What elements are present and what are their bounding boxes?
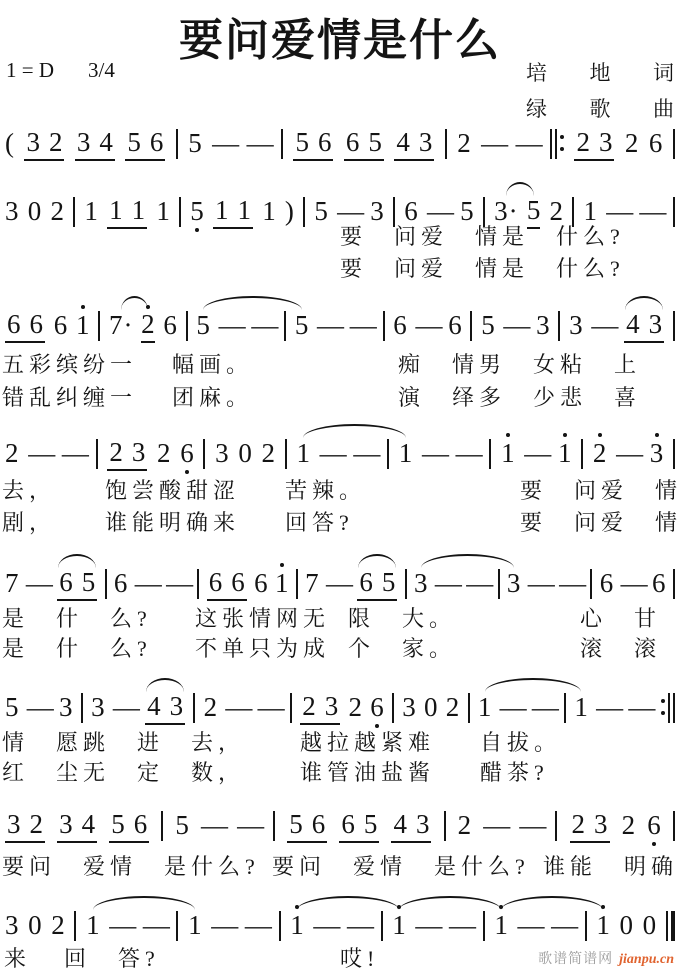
note-digit: 2 <box>262 437 276 469</box>
digit-row: 23 <box>570 809 610 841</box>
final-barline <box>666 909 675 941</box>
digit-row: 11 <box>213 195 253 227</box>
credits: 培地词绿歌曲 <box>526 54 674 126</box>
digit-row: 6 <box>54 309 68 341</box>
digit-row: 56 <box>125 127 165 159</box>
note-group: 32 <box>24 118 64 169</box>
beam-group: 43 <box>394 126 434 161</box>
note-digit: 5 <box>111 808 125 840</box>
barline <box>483 911 485 941</box>
note: 5 <box>481 300 495 351</box>
note-digit: 2 <box>109 436 123 468</box>
digit-row <box>673 437 675 469</box>
beam-group: 43 <box>145 690 185 725</box>
digit-row: 3 <box>5 195 19 227</box>
note: 2 <box>622 800 636 851</box>
paren: ( <box>5 118 14 169</box>
beam-group: 56 <box>293 126 333 161</box>
beam-group: 65 <box>339 808 379 843</box>
note-digit: 3 <box>419 126 433 158</box>
note-group: 23 <box>574 118 614 169</box>
digit-row <box>585 909 587 941</box>
barline <box>73 186 75 237</box>
lyric-segment: 回 答? <box>64 942 160 973</box>
note-digit: 2 <box>593 437 607 469</box>
digit-row: 2 <box>593 437 607 469</box>
barline <box>197 569 199 599</box>
digit-row: 1 <box>558 437 572 469</box>
digit-row: 66 <box>207 567 247 599</box>
digit-row <box>483 909 485 941</box>
note-digit: 1 <box>574 691 588 723</box>
barline <box>673 118 675 169</box>
digit-row <box>296 567 298 599</box>
beam-group: 11 <box>213 194 253 229</box>
note-digit: 3 <box>650 437 664 469</box>
barline <box>73 197 75 227</box>
digit-row: 1 <box>296 437 310 469</box>
digit-row: 5 <box>190 195 204 227</box>
note-digit: 3 <box>402 691 416 723</box>
note-digit: 3 <box>77 126 91 158</box>
barline <box>489 428 491 479</box>
barline <box>383 311 385 341</box>
dash-glyph: — <box>415 909 439 941</box>
lyric-segment: 是 什 么? <box>2 602 152 633</box>
digit-row <box>96 437 98 469</box>
slur-arc <box>506 182 534 196</box>
digit-row: 3 <box>5 909 19 941</box>
barline <box>381 911 383 941</box>
lyric-segment: 团麻。 <box>172 381 253 412</box>
digit-row <box>284 309 286 341</box>
key-signature: 1 = D3/4 <box>6 58 115 83</box>
dash-continuation: — <box>415 300 439 351</box>
dots-below <box>195 227 199 237</box>
credit-text: 地 <box>590 57 611 87</box>
note-digit: 1 <box>275 567 289 599</box>
digit-row <box>444 809 446 841</box>
beam-group: 34 <box>57 808 97 843</box>
note-digit: 4 <box>99 126 113 158</box>
note-group: 32 <box>5 800 45 851</box>
dash-continuation: — <box>483 800 507 851</box>
lyric-segment: 限 大。 <box>348 602 456 633</box>
note: 6 <box>647 800 661 851</box>
note-digit: 3 <box>59 691 73 723</box>
dash-glyph: — <box>500 691 524 723</box>
digit-row: 2 <box>141 309 155 341</box>
note-digit: 0 <box>238 437 252 469</box>
lyric-segment: 越拉越紧难 <box>300 726 435 757</box>
note: 2 <box>50 186 64 237</box>
note: 3 <box>215 428 229 479</box>
beam-group: 65 <box>57 566 97 601</box>
digit-row: — <box>26 567 50 599</box>
digit-row <box>303 195 305 227</box>
repeat-end-sign <box>661 691 675 723</box>
digit-row: 2 <box>51 909 65 941</box>
barline <box>470 300 472 351</box>
lyric-segment: 要 问爱 情 <box>520 474 680 505</box>
note-digit: 3 <box>59 808 73 840</box>
digit-row <box>281 127 283 159</box>
note-digit: 1 <box>237 194 251 226</box>
note-digit: 2 <box>457 127 471 159</box>
barline <box>558 300 560 351</box>
digit-row <box>405 567 407 599</box>
beam-group: 56 <box>287 808 327 843</box>
meter-label: 3/4 <box>88 58 115 82</box>
barline <box>161 800 163 851</box>
digit-row: — <box>559 567 583 599</box>
dash-continuation: — <box>519 800 543 851</box>
digit-row: — <box>466 567 490 599</box>
note-digit: 3 <box>416 808 430 840</box>
beam-group: 65 <box>344 126 384 161</box>
note-digit: 3 <box>170 690 184 722</box>
lyric-segment: 要问 爱情 是什么? <box>2 850 260 881</box>
lyric-segment: 红 尘无 定 数， <box>2 756 245 787</box>
digit-row: 7 <box>305 567 319 599</box>
dots-above <box>563 428 567 437</box>
note-group: 56 <box>293 118 333 169</box>
note: 6 <box>649 118 663 169</box>
note-group: 65 <box>339 800 379 851</box>
dash-continuation: — <box>422 428 446 479</box>
note-digit: 6 <box>7 308 21 340</box>
digit-row <box>176 909 178 941</box>
note-digit: 1 <box>132 194 146 226</box>
note-group: 56 <box>109 800 149 851</box>
dash-continuation: — <box>616 428 640 479</box>
digit-row: — <box>211 909 235 941</box>
dash-glyph: — <box>26 567 50 599</box>
note-digit: 1 <box>494 909 508 941</box>
beam-group: 32 <box>5 808 45 843</box>
digit-row: 32 <box>5 809 45 841</box>
beam-group: 23 <box>574 126 614 161</box>
digit-row: — <box>353 437 377 469</box>
digit-row: 1 <box>156 195 170 227</box>
digit-row: — <box>528 567 552 599</box>
lyric-segment: 谁能 明确 <box>543 850 678 881</box>
dash-glyph: — <box>456 437 480 469</box>
note-digit: 5 <box>127 126 141 158</box>
lyric-segment: 哎! <box>340 942 379 973</box>
digit-row: 5 <box>5 691 19 723</box>
note-digit: 1 <box>156 195 170 227</box>
note: 1 <box>558 428 572 479</box>
digit-row <box>161 809 163 841</box>
digit-row: 6 <box>114 567 128 599</box>
note-group: 66 <box>5 300 45 351</box>
octave-dot <box>195 228 199 232</box>
digit-row <box>666 909 675 941</box>
note: 2 <box>157 428 171 479</box>
dash-glyph: — <box>559 567 583 599</box>
dash-glyph: — <box>621 567 645 599</box>
lyric-segment: 要 问爱 情 <box>520 506 680 537</box>
note: 0 <box>643 900 657 951</box>
barline <box>96 428 98 479</box>
note: 0 <box>238 428 252 479</box>
digit-row <box>661 691 675 723</box>
dash-glyph: — <box>143 909 167 941</box>
beam-group: 66 <box>5 308 45 343</box>
digit-row: — <box>596 691 620 723</box>
dots-above <box>280 558 284 567</box>
key-label: 1 = D <box>6 58 54 82</box>
digit-row: 23 <box>574 127 614 159</box>
dots-above <box>506 428 510 437</box>
barline <box>581 439 583 469</box>
dash-continuation: — <box>503 300 527 351</box>
digit-row: — <box>347 909 371 941</box>
note-digit: 1 <box>215 194 229 226</box>
digit-row: 43 <box>394 127 434 159</box>
slur-arc <box>358 554 396 568</box>
digit-row: 6 <box>180 437 194 469</box>
barline <box>279 911 281 941</box>
digit-row <box>186 309 188 341</box>
note-digit: 6 <box>59 566 73 598</box>
digit-row <box>98 309 100 341</box>
lyric-segment: 要 问爱 情是 什么? <box>340 220 625 251</box>
dash-glyph: — <box>639 195 663 227</box>
dash-glyph: — <box>481 127 505 159</box>
credit-line: 培地词 <box>526 54 674 90</box>
digit-row <box>498 567 500 599</box>
dash-continuation: — <box>516 118 540 169</box>
note-digit: 5 <box>175 809 189 841</box>
slur-arc <box>58 554 96 568</box>
note-digit: 5 <box>190 195 204 227</box>
note-digit: 6 <box>346 126 360 158</box>
barline <box>273 811 275 841</box>
note: 5 <box>314 186 328 237</box>
digit-row: 3 <box>650 437 664 469</box>
note-digit: 2 <box>625 127 639 159</box>
digit-row <box>279 909 281 941</box>
digit-row: — <box>258 691 282 723</box>
note-digit: 4 <box>82 808 96 840</box>
beam-group: 23 <box>107 436 147 471</box>
dash-glyph: — <box>201 809 225 841</box>
note-digit: 6 <box>393 309 407 341</box>
note-digit: 3 <box>5 909 19 941</box>
slur-arc <box>203 296 302 310</box>
digit-row <box>673 567 675 599</box>
barline <box>564 693 566 723</box>
beam-group: 43 <box>624 308 664 343</box>
digit-row <box>197 567 199 599</box>
digit-row <box>673 195 675 227</box>
note-digit: 3 <box>215 437 229 469</box>
digit-row: — <box>532 691 556 723</box>
slur-arc <box>297 896 399 910</box>
note-digit: 0 <box>424 691 438 723</box>
note-digit: 6 <box>652 567 666 599</box>
note-digit: 0 <box>620 909 634 941</box>
barline <box>81 693 83 723</box>
digit-row <box>590 567 592 599</box>
digit-row <box>383 309 385 341</box>
note-digit: 2 <box>572 808 586 840</box>
digit-row <box>105 567 107 599</box>
digit-row: — <box>628 691 652 723</box>
barline <box>668 693 670 723</box>
digit-row: 56 <box>293 127 333 159</box>
note-digit: 2 <box>141 308 155 343</box>
dash-continuation: — <box>62 428 86 479</box>
beam-group: 56 <box>109 808 149 843</box>
note-digit: 6 <box>114 567 128 599</box>
note-digit: 3 <box>507 567 521 599</box>
note-group: 11 <box>213 186 253 237</box>
barline <box>281 118 283 169</box>
note: 2 <box>262 428 276 479</box>
slur-arc <box>501 896 603 910</box>
digit-row <box>193 691 195 723</box>
dash-glyph: — <box>519 809 543 841</box>
note: 3 <box>536 300 550 351</box>
note-digit: 3 <box>325 690 339 722</box>
note: 2 <box>625 118 639 169</box>
digit-row: — <box>317 309 341 341</box>
dash-continuation: — <box>350 300 374 351</box>
note: 1 <box>84 186 98 237</box>
barline <box>673 300 675 351</box>
slur-arc <box>421 554 514 568</box>
repeat-start-sign <box>550 127 564 159</box>
digit-row: 3 <box>59 691 73 723</box>
dash-glyph: — <box>517 909 541 941</box>
dash-glyph: — <box>466 567 490 599</box>
digit-row <box>392 691 394 723</box>
barline <box>498 569 500 599</box>
dash-glyph: — <box>449 909 473 941</box>
digit-row: — <box>62 437 86 469</box>
dash-glyph: — <box>109 909 133 941</box>
note-digit: 1 <box>109 194 123 226</box>
digit-row: — <box>456 437 480 469</box>
watermark-site: 歌谱简谱网 <box>538 948 613 968</box>
digit-row: 3 <box>414 567 428 599</box>
lyric-segment: 滚 滚 <box>580 632 661 663</box>
dash-continuation: — <box>211 900 235 951</box>
dash-continuation: — <box>166 558 190 609</box>
note: 2 <box>446 682 460 733</box>
digit-row: 2 <box>50 195 64 227</box>
note-digit: 1 <box>392 909 406 941</box>
note-digit: 6 <box>30 308 44 340</box>
digit-row: 7 <box>5 567 19 599</box>
barline <box>290 682 292 733</box>
dash-glyph: — <box>524 437 548 469</box>
note-digit: 3 <box>414 567 428 599</box>
note-digit: 1 <box>84 195 98 227</box>
note-digit: 2 <box>458 809 472 841</box>
barline <box>468 682 470 733</box>
barline <box>176 911 178 941</box>
digit-row <box>73 195 75 227</box>
dash-continuation: — <box>247 118 271 169</box>
lyric-segment: 要 问爱 情是 什么? <box>340 252 625 283</box>
repeat-dots <box>661 699 665 715</box>
note-group: 65 <box>344 118 384 169</box>
barline <box>671 911 675 941</box>
dash-glyph: — <box>326 567 350 599</box>
digit-row: 11 <box>107 195 147 227</box>
lyric-segment: 自拔。 <box>480 726 561 757</box>
dash-glyph: — <box>245 909 269 941</box>
paren-glyph: ) <box>285 195 294 227</box>
digit-row: 65 <box>57 567 97 599</box>
note-digit: 6 <box>341 808 355 840</box>
digit-row: — <box>109 909 133 941</box>
digit-row: 0 <box>28 909 42 941</box>
lyric-segment: 幅画。 <box>172 348 253 379</box>
digit-row: — <box>350 309 374 341</box>
digit-row: 1 <box>596 909 610 941</box>
digit-row <box>558 309 560 341</box>
barline <box>281 129 283 159</box>
digit-row: 2 <box>458 809 472 841</box>
dash-glyph: — <box>166 567 190 599</box>
note-digit: 5 <box>5 691 19 723</box>
note: 3 <box>5 186 19 237</box>
digit-row: — <box>524 437 548 469</box>
digit-row: 34 <box>57 809 97 841</box>
dash-glyph: — <box>435 567 459 599</box>
barline <box>285 439 287 469</box>
note-digit: 5 <box>382 566 396 598</box>
digit-row: 0 <box>28 195 42 227</box>
note-digit: 5 <box>289 808 303 840</box>
lyric-segment: 痴 情男 女粘 上 <box>398 348 641 379</box>
barline <box>581 428 583 479</box>
dash-glyph: — <box>313 909 337 941</box>
note: 6 <box>163 300 177 351</box>
dots-above <box>81 300 85 309</box>
barline <box>179 197 181 227</box>
dash-glyph: — <box>503 309 527 341</box>
digit-row: 1 <box>392 909 406 941</box>
digit-row: — <box>591 309 615 341</box>
note-digit: 1 <box>188 909 202 941</box>
digit-row <box>381 909 383 941</box>
digit-row: 3 <box>402 691 416 723</box>
note-digit: 6 <box>180 437 194 469</box>
note: 6 <box>448 300 462 351</box>
barline <box>673 569 675 599</box>
music-line: 2——23263021——1——1—12—3 <box>5 428 675 480</box>
lyric-segment: 饱尝酸甜涩 <box>105 474 240 505</box>
dash-glyph: — <box>113 691 137 723</box>
digit-row: 0 <box>238 437 252 469</box>
note-digit: 5 <box>196 309 210 341</box>
note-digit: 4 <box>626 308 640 340</box>
note: 2 <box>593 428 607 479</box>
note: 6 <box>54 300 68 351</box>
beam-group: 32 <box>24 126 64 161</box>
octave-dot <box>560 147 564 151</box>
digit-row: — <box>516 127 540 159</box>
watermark-domain: jianpu.cn <box>619 952 674 968</box>
digit-row <box>468 691 470 723</box>
note-group: 23 <box>107 428 147 479</box>
